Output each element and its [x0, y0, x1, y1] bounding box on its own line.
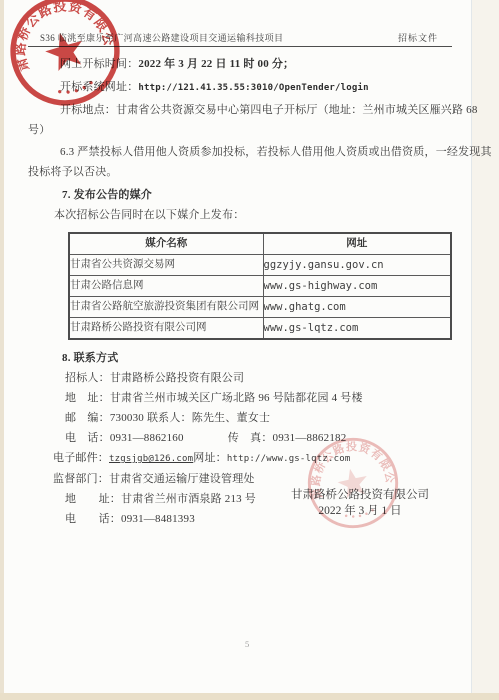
media-name-cell: 甘肃公路信息网 — [69, 276, 263, 297]
bid-time-value: 2022 年 3 月 22 日 11 时 00 分； — [138, 58, 294, 70]
website-label: 网址： — [193, 452, 227, 464]
scan-edge-bottom — [0, 693, 499, 700]
postcode-label: 邮 编： — [65, 412, 110, 424]
supervisor-label: 监督部门： — [53, 473, 109, 485]
section-8-heading: 8. 联系方式 — [28, 348, 454, 368]
supervisor-address-value: 甘肃省兰州市酒泉路 213 号 — [121, 493, 256, 505]
tenderer-value: 甘肃路桥公路投资有限公司 — [110, 372, 244, 384]
document-body: 网上开标时间：2022 年 3 月 22 日 11 时 00 分； 开标系统网址… — [28, 54, 454, 529]
document-page: S36 临洮至康乐至广河高速公路建设项目交通运输科技项目 招标文件 网上开标时间… — [4, 0, 472, 693]
address-line: 地 址：甘肃省兰州市城关区广场北路 96 号陆都花园 4 号楼 — [28, 388, 454, 408]
phone-label: 电 话： — [65, 432, 110, 444]
venue-line-1: 开标地点：甘肃省公共资源交易中心第四电子开标厅（地址：兰州市城关区雁兴路 68 — [28, 100, 454, 120]
email-label: 电子邮件： — [53, 452, 109, 464]
supervisor-phone-value: 0931—8481393 — [121, 513, 195, 525]
media-url-cell: www.gs-highway.com — [263, 276, 451, 297]
address-label: 地 址： — [65, 392, 110, 404]
clause-63-line-1: 6.3 严禁投标人借用他人资质参加投标，若投标人借用他人资质或出借资质，一经发现… — [28, 142, 454, 162]
supervisor-phone-label: 电 话： — [65, 513, 121, 525]
signature-date: 2022 年 3 月 1 日 — [280, 503, 440, 519]
system-url-label: 开标系统网址： — [60, 81, 138, 93]
page-number: 5 — [245, 639, 249, 649]
postcode-line: 邮 编：730030 联系人：陈先生、董女士 — [28, 408, 454, 428]
header-rule — [28, 46, 452, 47]
media-url-cell: www.gs-lqtz.com — [263, 318, 451, 340]
venue-line-2: 号） — [28, 120, 454, 140]
tenderer-line: 招标人：甘肃路桥公路投资有限公司 — [28, 368, 454, 388]
system-url-line: 开标系统网址：http://121.41.35.55:3010/OpenTend… — [28, 77, 454, 98]
signature-block: 甘肃路桥公路投资有限公司 2022 年 3 月 1 日 — [280, 487, 440, 519]
media-url-cell: www.ghatg.com — [263, 297, 451, 318]
tenderer-label: 招标人： — [65, 372, 110, 384]
email-value: tzgsjgb@126.com — [109, 454, 193, 464]
address-value: 甘肃省兰州市城关区广场北路 96 号陆都花园 4 号楼 — [110, 392, 363, 404]
website-value: http://www.gs-lqtz.com — [227, 454, 351, 464]
bid-time-label: 网上开标时间： — [60, 58, 138, 70]
media-table-header-row: 媒介名称 网址 — [69, 233, 451, 255]
media-name-cell: 甘肃路桥公路投资有限公司网 — [69, 318, 263, 340]
phone-value: 0931—8862160 — [110, 432, 184, 444]
media-name-header: 媒介名称 — [69, 233, 263, 255]
header-doc-type: 招标文件 — [398, 31, 438, 44]
section-7-intro: 本次招标公告同时在以下媒介上发布： — [28, 205, 454, 225]
bid-opening-time-line: 网上开标时间：2022 年 3 月 22 日 11 时 00 分； — [28, 54, 454, 74]
phone-line: 电 话：0931—8862160传 真：0931—8862182 — [28, 428, 454, 448]
signature-company: 甘肃路桥公路投资有限公司 — [280, 487, 440, 503]
email-line: 电子邮件：tzgsjgb@126.com网址：http://www.gs-lqt… — [28, 448, 454, 469]
media-name-cell: 甘肃省公共资源交易网 — [69, 255, 263, 276]
fax-value: 0931—8862182 — [273, 432, 347, 444]
fax-label: 传 真： — [228, 432, 273, 444]
media-url-header: 网址 — [263, 233, 451, 255]
table-row: 甘肃公路信息网 www.gs-highway.com — [69, 276, 451, 297]
supervisor-value: 甘肃省交通运输厅建设管理处 — [109, 473, 255, 485]
header-project-title: S36 临洮至康乐至广河高速公路建设项目交通运输科技项目 — [40, 31, 283, 44]
supervisor-address-label: 地 址： — [65, 493, 121, 505]
scanned-tender-document: { "header": { "title": "S36 临洮至康乐至广河高速公路… — [0, 0, 499, 700]
supervisor-line: 监督部门：甘肃省交通运输厅建设管理处 — [28, 469, 454, 489]
media-url-cell: ggzyjy.gansu.gov.cn — [263, 255, 451, 276]
postcode-value: 730030 联系人：陈先生、董女士 — [110, 412, 270, 424]
media-name-cell: 甘肃省公路航空旅游投资集团有限公司网 — [69, 297, 263, 318]
clause-63-line-2: 投标将予以否决。 — [28, 162, 454, 182]
table-row: 甘肃省公路航空旅游投资集团有限公司网 www.ghatg.com — [69, 297, 451, 318]
table-row: 甘肃路桥公路投资有限公司网 www.gs-lqtz.com — [69, 318, 451, 340]
media-table: 媒介名称 网址 甘肃省公共资源交易网 ggzyjy.gansu.gov.cn 甘… — [68, 232, 452, 340]
table-row: 甘肃省公共资源交易网 ggzyjy.gansu.gov.cn — [69, 255, 451, 276]
section-7-heading: 7. 发布公告的媒介 — [28, 185, 454, 205]
system-url-value: http://121.41.35.55:3010/OpenTender/logi… — [138, 83, 368, 93]
